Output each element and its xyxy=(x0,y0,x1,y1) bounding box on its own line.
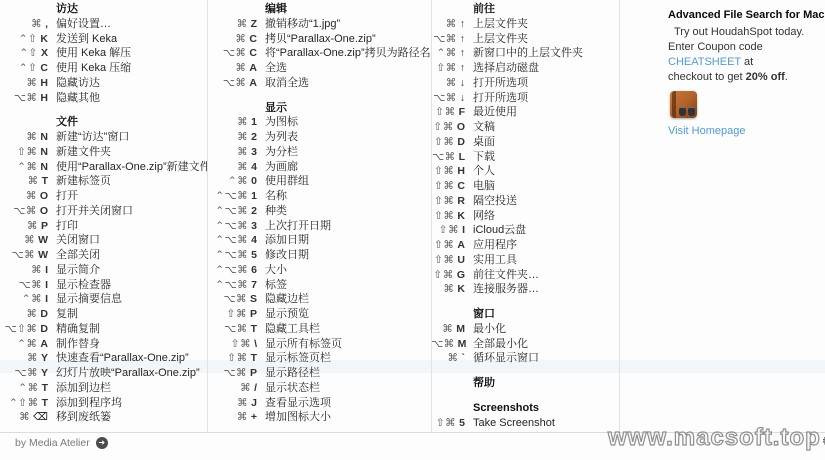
shortcut-keys: ⌃⌘T xyxy=(0,381,48,396)
shortcut-keys: ⌥⌘↓ xyxy=(431,91,465,106)
shortcut-keys: ⌘O xyxy=(0,189,48,204)
shortcut-row: ⌃⌥⌘4 添加日期 xyxy=(207,233,431,248)
shortcut-keys: ⇧⌘T xyxy=(207,351,257,366)
shortcut-keys: ⌥⌘M xyxy=(431,337,465,352)
key-letter: X xyxy=(41,47,48,59)
key-letter: A xyxy=(40,338,48,350)
credit-text: by Media Atelier xyxy=(15,437,90,449)
modifier-keys: ⇧⌘ xyxy=(434,239,454,251)
modifier-keys: ⌘ xyxy=(235,62,246,74)
shortcut-keys: ⌥⌘Y xyxy=(0,366,48,381)
watermark-text: www.macsoft.top xyxy=(608,424,821,451)
shortcut-row: ⌘⌫ 移到废纸篓 xyxy=(0,410,207,425)
shortcut-keys: ⌥⌘C xyxy=(207,46,257,61)
shortcut-row: ⇧⌘N 新建文件夹 xyxy=(0,145,207,160)
ad-text: checkout to get xyxy=(668,71,746,83)
shortcut-row: ⌘Y 快速查看“Parallax-One.zip” xyxy=(0,351,207,366)
modifier-keys: ⌘ xyxy=(24,234,35,246)
shortcut-row: ⌘↓ 打开所选项 xyxy=(431,76,619,91)
shortcut-section: 前往 ⌘↑ 上层文件夹 ⌥⌘↑ 上层文件夹 ⌃⌘↑ 新窗口中的上层文件夹 ⇧⌘↑… xyxy=(431,2,619,297)
column-go-window-help: 前往 ⌘↑ 上层文件夹 ⌥⌘↑ 上层文件夹 ⌃⌘↑ 新窗口中的上层文件夹 ⇧⌘↑… xyxy=(431,2,619,432)
modifier-keys: ⌥⇧⌘ xyxy=(5,323,38,335)
shortcut-section: Screenshots ⇧⌘5 Take Screenshot xyxy=(431,401,619,431)
shortcut-row: ⌥⌘S 隐藏边栏 xyxy=(207,292,431,307)
shortcut-row: ⇧⌘T 显示标签页栏 xyxy=(207,351,431,366)
shortcut-row: ⌃⌥⌘3 上次打开日期 xyxy=(207,219,431,234)
shortcut-row: ⌃⌘I 显示摘要信息 xyxy=(0,292,207,307)
key-letter: U xyxy=(457,254,465,266)
shortcut-row: ⌘2 为列表 xyxy=(207,130,431,145)
modifier-keys: ⌘ xyxy=(26,308,37,320)
modifier-keys: ⌘ xyxy=(235,33,246,45)
shortcut-section: 编辑 ⌘Z 撤销移动“1.jpg” ⌘C 拷贝“Parallax-One.zip… xyxy=(207,2,431,91)
shortcut-row: ⌥⌘W 全部关闭 xyxy=(0,248,207,263)
ad-text: . xyxy=(785,71,788,83)
shortcut-label: 下载 xyxy=(473,150,495,165)
shortcut-keys: ⇧⌘H xyxy=(431,164,465,179)
shortcut-keys: ⌘Y xyxy=(0,351,48,366)
shortcut-row: ⇧⌘D 桌面 xyxy=(431,135,619,150)
shortcut-label: 取消全选 xyxy=(265,76,309,91)
section-rows: ⌘N 新建“访达”窗口 ⇧⌘N 新建文件夹 ⌃⌘N 使用“Parallax-On… xyxy=(0,130,207,425)
shortcut-row: ⌘A 全选 xyxy=(207,61,431,76)
shortcut-keys: ⌘1 xyxy=(207,115,257,130)
shortcut-row: ⌥⌘O 打开并关闭窗口 xyxy=(0,204,207,219)
shortcut-row: ⇧⌘O 文稿 xyxy=(431,120,619,135)
modifier-keys: ⌥⌘ xyxy=(433,33,457,45)
shortcut-row: ⌃⌥⌘1 名称 xyxy=(207,189,431,204)
forward-arrow-icon[interactable]: ➜ xyxy=(96,437,108,449)
shortcut-row: ⌘M 最小化 xyxy=(431,322,619,337)
modifier-keys: ⌘ xyxy=(443,283,454,295)
shortcut-row: ⌘C 拷贝“Parallax-One.zip” xyxy=(207,32,431,47)
shortcut-keys: ⌃⇧X xyxy=(0,46,48,61)
shortcut-row: ⌘O 打开 xyxy=(0,189,207,204)
key-letter: 4 xyxy=(251,234,257,246)
modifier-keys: ⌃⇧ xyxy=(19,62,38,74)
shortcut-keys: ⇧⌘D xyxy=(431,135,465,150)
shortcut-keys: ⌃⌥⌘3 xyxy=(207,219,257,234)
modifier-keys: ⌘ xyxy=(237,146,248,158)
key-letter: S xyxy=(250,293,257,305)
key-letter: N xyxy=(40,146,48,158)
key-letter: , xyxy=(45,18,48,30)
shortcut-row: ⌘N 新建“访达”窗口 xyxy=(0,130,207,145)
modifier-keys: ⌘ xyxy=(31,264,42,276)
shortcut-label: 显示路径栏 xyxy=(265,366,320,381)
key-letter: P xyxy=(41,220,48,232)
binoculars-icon xyxy=(679,105,695,116)
modifier-keys: ⇧⌘ xyxy=(434,210,454,222)
shortcut-keys: ⇧⌘P xyxy=(207,307,257,322)
shortcut-section: 文件 ⌘N 新建“访达”窗口 ⇧⌘N 新建文件夹 ⌃⌘N 使用“Parallax… xyxy=(0,115,207,425)
footer: by Media Atelier ➜ xyxy=(15,437,108,449)
shortcut-row: ⌘3 为分栏 xyxy=(207,145,431,160)
modifier-keys: ⌥⌘ xyxy=(223,293,247,305)
key-letter: I xyxy=(45,293,48,305)
shortcut-row: ⇧⌘F 最近使用 xyxy=(431,105,619,120)
shortcut-keys: ⌘J xyxy=(207,396,257,411)
key-letter: L xyxy=(459,151,465,163)
shortcut-keys: ⌘2 xyxy=(207,130,257,145)
key-letter: D xyxy=(40,323,48,335)
shortcut-keys: ⌘+ xyxy=(207,410,257,425)
shortcut-label: 显示摘要信息 xyxy=(56,292,122,307)
modifier-keys: ⇧⌘ xyxy=(434,136,454,148)
section-title: 窗口 xyxy=(431,307,619,322)
key-letter: A xyxy=(249,77,257,89)
shortcut-label: 标签 xyxy=(265,278,287,293)
shortcut-row: ⌃⇧⌘T 添加到程序坞 xyxy=(0,396,207,411)
key-letter: 7 xyxy=(251,279,257,291)
key-letter: C xyxy=(457,180,465,192)
modifier-keys: ⌘ xyxy=(448,352,459,364)
key-letter: T xyxy=(251,352,257,364)
ad-title: Advanced File Search for Mac xyxy=(668,8,824,23)
modifier-keys: ⌘ xyxy=(446,77,457,89)
shortcut-label: 使用“Parallax-One.zip”新建文件夹 xyxy=(56,160,207,175)
modifier-keys: ⌃⌥⌘ xyxy=(215,264,248,276)
shortcut-label: 发送到 Keka xyxy=(56,32,117,47)
coupon-code-link[interactable]: CHEATSHEET xyxy=(668,56,741,68)
section-title: 文件 xyxy=(0,115,207,130)
shortcut-keys: ⇧⌘↑ xyxy=(431,61,465,76)
shortcut-label: 为分栏 xyxy=(265,145,298,160)
shortcut-label: 新窗口中的上层文件夹 xyxy=(473,46,583,61)
shortcut-label: 添加日期 xyxy=(265,233,309,248)
shortcut-row: ⌥⌘A 取消全选 xyxy=(207,76,431,91)
shortcut-row: ⌃⇧X 使用 Keka 解压 xyxy=(0,46,207,61)
modifier-keys: ⌘ xyxy=(237,397,248,409)
shortcut-keys: ⌥⌘↑ xyxy=(431,32,465,47)
modifier-keys: ⌘ xyxy=(446,18,457,30)
modifier-keys: ⌥⌘ xyxy=(14,92,38,104)
shortcut-label: 显示标签页栏 xyxy=(265,351,331,366)
shortcut-keys: ⌘K xyxy=(431,282,465,297)
shortcut-section: 访达 ⌘, 偏好设置… ⌃⇧K 发送到 Keka ⌃⇧X 使用 Keka 解压 … xyxy=(0,2,207,105)
key-letter: ↓ xyxy=(460,77,465,89)
shortcut-label: 使用 Keka 压缩 xyxy=(56,61,131,76)
shortcut-row: ⌥⌘M 全部最小化 xyxy=(431,337,619,352)
key-letter: T xyxy=(42,382,48,394)
modifier-keys: ⌘ xyxy=(27,220,38,232)
shortcut-label: 隐藏边栏 xyxy=(265,292,309,307)
section-rows: ⌘↑ 上层文件夹 ⌥⌘↑ 上层文件夹 ⌃⌘↑ 新窗口中的上层文件夹 ⇧⌘↑ 选择… xyxy=(431,17,619,297)
key-letter: W xyxy=(38,234,48,246)
shortcut-label: 添加到边栏 xyxy=(56,381,111,396)
visit-homepage-link[interactable]: Visit Homepage xyxy=(668,124,745,139)
shortcut-row: ⇧⌘U 实用工具 xyxy=(431,253,619,268)
shortcut-label: 选择启动磁盘 xyxy=(473,61,539,76)
shortcut-label: 使用群组 xyxy=(265,174,309,189)
key-letter: ` xyxy=(462,352,466,364)
modifier-keys: ⇧⌘ xyxy=(434,195,454,207)
modifier-keys: ⌃⌘ xyxy=(18,382,38,394)
key-letter: N xyxy=(40,161,48,173)
shortcut-row: ⇧⌘H 个人 xyxy=(431,164,619,179)
shortcut-row: ⇧⌘R 隔空投送 xyxy=(431,194,619,209)
ad-line-3: checkout to get 20% off. xyxy=(668,70,824,85)
shortcut-row: ⌘H 隐藏访达 xyxy=(0,76,207,91)
key-letter: A xyxy=(249,62,257,74)
shortcut-label: 将“Parallax-One.zip”拷贝为路径名 xyxy=(265,46,431,61)
shortcut-row: ⌘/ 显示状态栏 xyxy=(207,381,431,396)
column-divider xyxy=(619,0,620,432)
shortcut-keys: ⌃⌘N xyxy=(0,160,48,175)
shortcut-label: 显示检查器 xyxy=(56,278,111,293)
modifier-keys: ⌃⌘ xyxy=(228,175,248,187)
shortcut-keys: ⌘C xyxy=(207,32,257,47)
shortcut-keys: ⌃⇧⌘T xyxy=(0,396,48,411)
key-letter: O xyxy=(40,190,48,202)
key-letter: \ xyxy=(254,338,257,350)
modifier-keys: ⌃⌘ xyxy=(17,161,37,173)
modifier-keys: ⌥⌘ xyxy=(11,249,35,261)
section-rows: ⌘Z 撤销移动“1.jpg” ⌘C 拷贝“Parallax-One.zip” ⌥… xyxy=(207,17,431,91)
shortcut-label: 隔空投送 xyxy=(473,194,517,209)
modifier-keys: ⌥⌘ xyxy=(431,338,455,350)
shortcut-keys: ⇧⌘U xyxy=(431,253,465,268)
ad-line-2: Enter Coupon code CHEATSHEET at xyxy=(668,40,824,70)
shortcut-label: 增加图标大小 xyxy=(265,410,331,425)
key-letter: ↑ xyxy=(460,62,465,74)
shortcut-row: ⌘` 循环显示窗口 xyxy=(431,351,619,366)
key-letter: I xyxy=(45,279,48,291)
shortcut-keys: ⌥⇧⌘D xyxy=(0,322,48,337)
shortcut-keys: ⇧⌘G xyxy=(431,268,465,283)
shortcut-section: 窗口 ⌘M 最小化 ⌥⌘M 全部最小化 ⌘` 循环显示窗口 xyxy=(431,307,619,366)
modifier-keys: ⌥⌘ xyxy=(14,367,38,379)
key-letter: ↑ xyxy=(460,47,465,59)
shortcut-keys: ⌘M xyxy=(431,322,465,337)
modifier-keys: ⌘ xyxy=(26,190,37,202)
shortcut-keys: ⌃⌥⌘6 xyxy=(207,263,257,278)
shortcut-label: 显示预览 xyxy=(265,307,309,322)
key-letter: K xyxy=(457,283,465,295)
shortcut-label: 隐藏其他 xyxy=(56,91,100,106)
section-title: 前往 xyxy=(431,2,619,17)
shortcut-row: ⌥⌘T 隐藏工具栏 xyxy=(207,322,431,337)
shortcut-keys: ⌘D xyxy=(0,307,48,322)
shortcut-keys: ⌃⌘I xyxy=(0,292,48,307)
modifier-keys: ⌃⇧⌘ xyxy=(9,397,39,409)
shortcut-label: 新建标签页 xyxy=(56,174,111,189)
shortcut-row: ⇧⌘P 显示预览 xyxy=(207,307,431,322)
modifier-keys: ⌘ xyxy=(237,131,248,143)
key-letter: P xyxy=(250,308,257,320)
shortcut-keys: ⌥⌘W xyxy=(0,248,48,263)
shortcut-keys: ⌘A xyxy=(207,61,257,76)
shortcut-label: 制作替身 xyxy=(56,337,100,352)
shortcut-label: 偏好设置… xyxy=(56,17,111,32)
modifier-keys: ⌘ xyxy=(442,323,453,335)
key-letter: G xyxy=(457,269,465,281)
key-letter: F xyxy=(459,106,465,118)
shortcut-label: 打开 xyxy=(56,189,78,204)
shortcut-row: ⇧⌘K 网络 xyxy=(431,209,619,224)
key-letter: 5 xyxy=(459,417,465,429)
shortcut-keys: ⌃⌘↑ xyxy=(431,46,465,61)
shortcut-label: 上层文件夹 xyxy=(473,17,528,32)
shortcut-keys: ⌥⌘H xyxy=(0,91,48,106)
shortcut-row: ⌃⇧K 发送到 Keka xyxy=(0,32,207,47)
shortcut-label: 快速查看“Parallax-One.zip” xyxy=(56,351,189,366)
shortcut-row: ⌃⌘0 使用群组 xyxy=(207,174,431,189)
shortcut-keys: ⌥⌘T xyxy=(207,322,257,337)
shortcut-label: iCloud云盘 xyxy=(473,223,526,238)
shortcut-row: ⌘, 偏好设置… xyxy=(0,17,207,32)
shortcut-label: 复制 xyxy=(56,307,78,322)
modifier-keys: ⇧⌘ xyxy=(434,269,454,281)
key-letter: / xyxy=(254,382,257,394)
shortcut-label: 循环显示窗口 xyxy=(473,351,539,366)
key-letter: A xyxy=(457,239,465,251)
key-letter: P xyxy=(250,367,257,379)
key-letter: 3 xyxy=(251,146,257,158)
shortcut-keys: ⌘Z xyxy=(207,17,257,32)
key-letter: C xyxy=(249,33,257,45)
shortcut-keys: ⇧⌘5 xyxy=(431,416,465,431)
modifier-keys: ⇧⌘ xyxy=(436,417,456,429)
modifier-keys: ⌘ xyxy=(31,18,42,30)
shortcut-label: 应用程序 xyxy=(473,238,517,253)
shortcut-label: 桌面 xyxy=(473,135,495,150)
shortcut-row: ⌥⌘L 下载 xyxy=(431,150,619,165)
key-letter: C xyxy=(249,47,257,59)
shortcut-keys: ⌘T xyxy=(0,174,48,189)
shortcut-row: ⌘+ 增加图标大小 xyxy=(207,410,431,425)
section-rows: ⌘1 为图标 ⌘2 为列表 ⌘3 为分栏 ⌘4 为画廊 ⌃⌘0 使用群组 ⌃⌥⌘… xyxy=(207,115,431,425)
shortcut-row: ⌥⇧⌘D 精确复制 xyxy=(0,322,207,337)
key-letter: N xyxy=(40,131,48,143)
section-title: 编辑 xyxy=(207,2,431,17)
key-letter: + xyxy=(251,411,257,423)
modifier-keys: ⌃⌘ xyxy=(17,338,37,350)
shortcut-label: Take Screenshot xyxy=(473,416,555,431)
shortcut-keys: ⇧⌘\ xyxy=(207,337,257,352)
shortcut-label: 全部最小化 xyxy=(473,337,528,352)
shortcut-section: 显示 ⌘1 为图标 ⌘2 为列表 ⌘3 为分栏 ⌘4 为画廊 ⌃⌘0 使用群组 … xyxy=(207,101,431,426)
shortcut-label: 拷贝“Parallax-One.zip” xyxy=(265,32,376,47)
shortcut-keys: ⌃⌥⌘7 xyxy=(207,278,257,293)
key-letter: 2 xyxy=(251,131,257,143)
shortcut-label: 显示所有标签页 xyxy=(265,337,342,352)
shortcut-keys: ⇧⌘N xyxy=(0,145,48,160)
modifier-keys: ⌥⌘ xyxy=(432,151,456,163)
key-letter: ⌫ xyxy=(33,411,48,423)
shortcut-row: ⌃⌘T 添加到边栏 xyxy=(0,381,207,396)
shortcut-label: 打开所选项 xyxy=(473,91,528,106)
modifier-keys: ⌃⌥⌘ xyxy=(215,205,248,217)
shortcut-row: ⇧⌘A 应用程序 xyxy=(431,238,619,253)
shortcut-keys: ⇧⌘C xyxy=(431,179,465,194)
modifier-keys: ⇧⌘ xyxy=(436,62,456,74)
shortcut-label: 撤销移动“1.jpg” xyxy=(265,17,340,32)
shortcut-label: 查看显示选项 xyxy=(265,396,331,411)
shortcut-section: 帮助 xyxy=(431,376,619,391)
cheatsheet-panel: 访达 ⌘, 偏好设置… ⌃⇧K 发送到 Keka ⌃⇧X 使用 Keka 解压 … xyxy=(0,0,825,460)
shortcut-keys: ⌘W xyxy=(0,233,48,248)
key-letter: 4 xyxy=(251,161,257,173)
shortcut-row: ⌘W 关闭窗口 xyxy=(0,233,207,248)
shortcut-row: ⌥⌘↓ 打开所选项 xyxy=(431,91,619,106)
shortcut-row: ⇧⌘↑ 选择启动磁盘 xyxy=(431,61,619,76)
shortcut-label: 名称 xyxy=(265,189,287,204)
modifier-keys: ⇧⌘ xyxy=(231,338,251,350)
key-letter: T xyxy=(42,175,48,187)
modifier-keys: ⌃⇧ xyxy=(19,33,38,45)
shortcut-label: 为图标 xyxy=(265,115,298,130)
shortcut-label: 最近使用 xyxy=(473,105,517,120)
modifier-keys: ⌥⌘ xyxy=(223,77,247,89)
column-edit-view: 编辑 ⌘Z 撤销移动“1.jpg” ⌘C 拷贝“Parallax-One.zip… xyxy=(207,2,431,432)
key-letter: T xyxy=(42,397,48,409)
shortcut-row: ⌥⌘P 显示路径栏 xyxy=(207,366,431,381)
key-letter: C xyxy=(40,62,48,74)
column-finder-file: 访达 ⌘, 偏好设置… ⌃⇧K 发送到 Keka ⌃⇧X 使用 Keka 解压 … xyxy=(0,2,207,432)
modifier-keys: ⌘ xyxy=(237,18,248,30)
modifier-keys: ⌥⌘ xyxy=(18,279,42,291)
key-letter: D xyxy=(457,136,465,148)
footer-divider xyxy=(0,432,825,433)
modifier-keys: ⇧⌘ xyxy=(439,224,459,236)
shortcut-label: 网络 xyxy=(473,209,495,224)
shortcut-label: 新建“访达”窗口 xyxy=(56,130,129,145)
modifier-keys: ⌘ xyxy=(237,161,248,173)
modifier-keys: ⌘ xyxy=(27,352,38,364)
shortcut-keys: ⌃⌘0 xyxy=(207,174,257,189)
modifier-keys: ⇧⌘ xyxy=(435,106,455,118)
column-divider xyxy=(431,0,432,432)
houdahspot-ad: Advanced File Search for Mac Try out Hou… xyxy=(668,8,824,139)
key-letter: R xyxy=(457,195,465,207)
key-letter: ↑ xyxy=(460,33,465,45)
key-letter: H xyxy=(40,77,48,89)
shortcut-row: ⇧⌘C 电脑 xyxy=(431,179,619,194)
shortcut-row: ⌃⌘A 制作替身 xyxy=(0,337,207,352)
shortcut-label: 连接服务器… xyxy=(473,282,539,297)
shortcut-label: 显示状态栏 xyxy=(265,381,320,396)
shortcut-row: ⌃⌘N 使用“Parallax-One.zip”新建文件夹 xyxy=(0,160,207,175)
shortcut-keys: ⌥⌘I xyxy=(0,278,48,293)
shortcut-label: 为列表 xyxy=(265,130,298,145)
shortcut-label: 全部关闭 xyxy=(56,248,100,263)
modifier-keys: ⇧⌘ xyxy=(17,146,37,158)
key-letter: D xyxy=(40,308,48,320)
key-letter: K xyxy=(40,33,48,45)
houdahspot-app-icon[interactable] xyxy=(670,91,697,118)
shortcut-label: 上层文件夹 xyxy=(473,32,528,47)
shortcut-keys: ⇧⌘I xyxy=(431,223,465,238)
modifier-keys: ⌃⇧ xyxy=(19,47,38,59)
shortcut-keys: ⌘N xyxy=(0,130,48,145)
column-divider xyxy=(207,0,208,432)
modifier-keys: ⌘ xyxy=(237,411,248,423)
shortcut-keys: ⌘, xyxy=(0,17,48,32)
shortcut-label: 打印 xyxy=(56,219,78,234)
shortcut-label: 移到废纸篓 xyxy=(56,410,111,425)
shortcut-row: ⌘K 连接服务器… xyxy=(431,282,619,297)
shortcut-keys: ⇧⌘R xyxy=(431,194,465,209)
shortcut-label: 打开所选项 xyxy=(473,76,528,91)
shortcut-keys: ⌃⌥⌘4 xyxy=(207,233,257,248)
shortcut-row: ⌘Z 撤销移动“1.jpg” xyxy=(207,17,431,32)
modifier-keys: ⌃⌥⌘ xyxy=(215,220,248,232)
shortcut-label: 大小 xyxy=(265,263,287,278)
shortcut-keys: ⌘H xyxy=(0,76,48,91)
modifier-keys: ⌥⌘ xyxy=(13,205,37,217)
shortcut-row: ⌘T 新建标签页 xyxy=(0,174,207,189)
